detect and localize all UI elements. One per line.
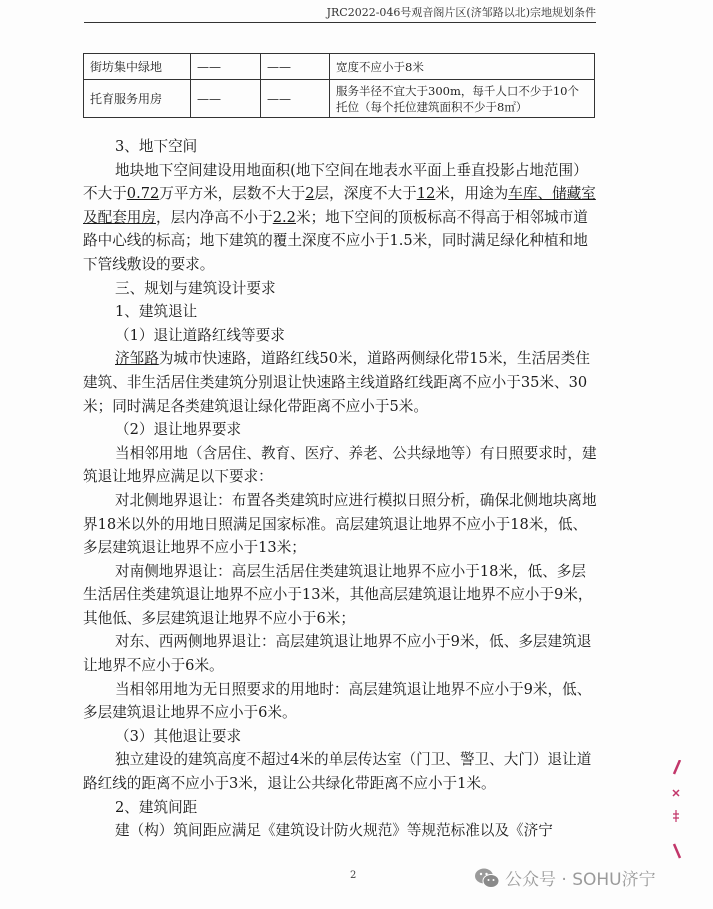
paragraph: 对北侧地界退让：布置各类建筑时应进行模拟日照分析，确保北侧地块离地界18米以外的… <box>83 489 598 560</box>
seal-stamp-fragment <box>670 760 684 860</box>
table-cell: —— <box>261 80 330 118</box>
underlined-value: 济邹路 <box>115 350 159 367</box>
paragraph: 当相邻用地为无日照要求的用地时：高层建筑退让地界不应小于9米，低、多层建筑退让地… <box>83 678 598 725</box>
table-row: 托育服务用房 —— —— 服务半径不宜大于300m，每千人口不少于10个托位（每… <box>84 80 595 118</box>
text: 万平方米，层数不大于 <box>159 185 305 202</box>
section-heading: 三、规划与建筑设计要求 <box>83 277 598 301</box>
underlined-value: 12 <box>417 185 436 202</box>
page-header: JRC2022-046号观音阁片区(济邹路以北)宗地规划条件 <box>84 4 596 23</box>
text: 为城市快速路，道路红线50米，道路两侧绿化带15米，生活居类住建筑、非生活居住类… <box>83 350 590 414</box>
table-row: 街坊集中绿地 —— —— 宽度不应小于8米 <box>84 54 595 80</box>
text: 层，深度不大于 <box>315 185 417 202</box>
document-page: JRC2022-046号观音阁片区(济邹路以北)宗地规划条件 街坊集中绿地 ——… <box>0 0 713 909</box>
underlined-value: 2 <box>305 185 314 202</box>
subsection-heading: （1）退让道路红线等要求 <box>83 324 598 348</box>
text: 米，用途为 <box>435 185 508 202</box>
table-cell: —— <box>191 80 261 118</box>
subsection-heading: （2）退让地界要求 <box>83 418 598 442</box>
paragraph: 建（构）筑间距应满足《建筑设计防火规范》等规范标准以及《济宁 <box>83 819 598 843</box>
wechat-icon <box>474 867 500 889</box>
underlined-value: 0.72 <box>127 185 160 202</box>
table-cell-requirement: 宽度不应小于8米 <box>330 54 595 80</box>
document-body: 3、地下空间 地块地下空间建设用地面积(地下空间在地表水平面上垂直投影占地范围）… <box>83 135 598 843</box>
section-heading: 1、建筑退让 <box>83 300 598 324</box>
watermark-text: 公众号 · SOHU济宁 <box>505 865 656 890</box>
table-cell-name: 街坊集中绿地 <box>84 54 191 80</box>
paragraph: 地块地下空间建设用地面积(地下空间在地表水平面上垂直投影占地范围）不大于0.72… <box>83 159 598 277</box>
page-number: 2 <box>350 870 356 881</box>
text: ，层内净高不小于 <box>156 209 273 226</box>
requirements-table: 街坊集中绿地 —— —— 宽度不应小于8米 托育服务用房 —— —— 服务半径不… <box>83 53 595 118</box>
table-cell-requirement: 服务半径不宜大于300m，每千人口不少于10个托位（每个托位建筑面积不少于8㎡） <box>330 80 595 118</box>
underlined-value: 2.2 <box>273 209 296 226</box>
section-heading: 3、地下空间 <box>83 135 598 159</box>
paragraph: 当相邻用地（含居住、教育、医疗、养老、公共绿地等）有日照要求时，建筑退让地界应满… <box>83 442 598 489</box>
table-cell: —— <box>191 54 261 80</box>
table-cell: —— <box>261 54 330 80</box>
paragraph: 济邹路为城市快速路，道路红线50米，道路两侧绿化带15米，生活居类住建筑、非生活… <box>83 347 598 418</box>
table-cell-name: 托育服务用房 <box>84 80 191 118</box>
paragraph: 对东、西两侧地界退让：高层建筑退让地界不应小于9米，低、多层建筑退让地界不应小于… <box>83 630 598 677</box>
subsection-heading: （3）其他退让要求 <box>83 725 598 749</box>
paragraph: 对南侧地界退让：高层生活居住类建筑退让地界不应小于18米，低、多层生活居住类建筑… <box>83 560 598 631</box>
section-heading: 2、建筑间距 <box>83 796 598 820</box>
paragraph: 独立建设的建筑高度不超过4米的单层传达室（门卫、警卫、大门）退让道路红线的距离不… <box>83 748 598 795</box>
watermark: 公众号 · SOHU济宁 <box>474 865 656 890</box>
